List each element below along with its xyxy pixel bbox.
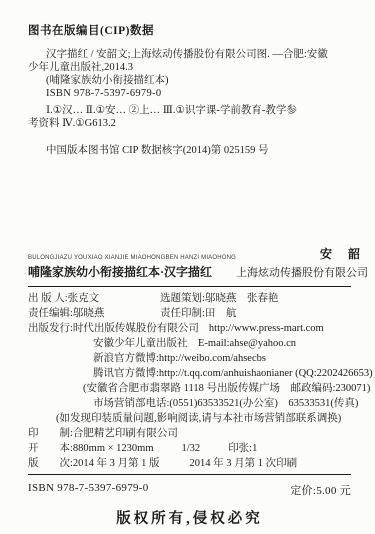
row-publishing-house: 出版发行:时代出版传媒股份有限公司http://www.press-mart.c…	[28, 321, 351, 336]
row-printer: 印 制:合肥精艺印刷有限公司	[28, 426, 351, 441]
title-block: BULONGJIAZU YOUXIAO XIANJIE MIAOHONGBEN …	[28, 245, 351, 280]
divider-top	[28, 286, 351, 287]
copyright-notice: 版权所有,侵权必究	[28, 507, 351, 528]
marketing-phone: 市场营销部电话:(0551)63533521(办公室) 63533531(传真)	[93, 398, 358, 409]
row-publisher: 出 版 人:张克文选题策划:邬晓燕 张春艳	[28, 291, 351, 306]
author-name: 安 韶 文	[236, 245, 375, 262]
cip-series-note: (哺隆家族幼小衔接描红本)	[28, 74, 351, 87]
cip-entry: 汉字描红 / 安韶文;上海炫动传播股份有限公司图. —合肥:安徽 少年儿童出版社…	[28, 49, 351, 74]
topic-planning: 选题策划:邬晓燕 张春艳	[160, 293, 278, 304]
row-quality-note: (如发现印装质量问题,影响阅读,请与本社市场营销部联系调换)	[28, 411, 351, 426]
responsible-editor: 责任编辑:邬晓燕	[28, 306, 160, 321]
printing-info: 2014 年 3 月第 1 次印刷	[190, 458, 298, 469]
footer-price: 定价:5.00 元	[290, 482, 351, 498]
publisher-person: 出 版 人:张克文	[28, 291, 160, 306]
row-editor: 责任编辑:邬晓燕责任印制:田 航	[28, 306, 351, 321]
printer-name: 印 制:合肥精艺印刷有限公司	[28, 428, 178, 439]
book-title: 哺隆家族幼小衔接描红本·汉字描红	[28, 263, 236, 280]
title-block-right: 安 韶 文 上海炫动传播股份有限公司 图	[236, 245, 375, 280]
press-address: (安徽省合肥市翡翠路 1118 号出版传媒广场 邮政编码:230071)	[83, 383, 370, 394]
sheet-size: 开 本:880mm × 1230mm	[28, 443, 154, 454]
cip-classification: Ⅰ.①汉… Ⅱ.①安… ②上… Ⅲ.①识字课-学前教育-教学参 考资料 Ⅳ.①G…	[28, 105, 351, 130]
folio: 1/32	[182, 443, 201, 454]
cip-class-line2: 考资料 Ⅳ.①G613.2	[28, 118, 351, 131]
footer-isbn-line: ISBN 978-7-5397-6979-0 定价:5.00 元	[28, 482, 351, 498]
sheet-count: 印张:1	[228, 443, 257, 454]
copyright-page: 图书在版编目(CIP)数据 汉字描红 / 安韶文;上海炫动传播股份有限公司图. …	[0, 0, 375, 534]
edition-info: 版 次:2014 年 3 月第 1 版	[28, 458, 160, 469]
row-tencent-weibo: 腾讯官方微博:http://t.qq.com/anhuishaonianer (…	[28, 366, 351, 381]
print-supervisor: 责任印制:田 航	[160, 308, 236, 319]
series-pinyin: BULONGJIAZU YOUXIAO XIANJIE MIAOHONGBEN …	[28, 255, 236, 261]
row-format: 开 本:880mm × 1230mm1/32印张:1	[28, 441, 351, 456]
cip-isbn: ISBN 978-7-5397-6979-0	[28, 87, 351, 100]
colophon: 出 版 人:张克文选题策划:邬晓燕 张春艳 责任编辑:邬晓燕责任印制:田 航 出…	[28, 291, 351, 471]
cip-entry-line1: 汉字描红 / 安韶文;上海炫动传播股份有限公司图. —合肥:安徽	[28, 49, 351, 62]
sina-weibo: 新浪官方微博:http://weibo.com/ahsecbs	[93, 353, 266, 364]
cip-class-line1: Ⅰ.①汉… Ⅱ.①安… ②上… Ⅲ.①识字课-学前教育-教学参	[28, 105, 351, 118]
quality-note: (如发现印装质量问题,影响阅读,请与本社市场营销部联系调换)	[56, 413, 341, 424]
tencent-weibo: 腾讯官方微博:http://t.qq.com/anhuishaonianer (…	[93, 368, 373, 379]
illustrator-credit: 上海炫动传播股份有限公司 图	[236, 264, 375, 280]
footer-isbn: ISBN 978-7-5397-6979-0	[28, 482, 149, 498]
row-press-email: 安徽少年儿童出版社 E-mail:ahse@yahoo.cn	[28, 336, 351, 351]
row-edition: 版 次:2014 年 3 月第 1 版2014 年 3 月第 1 次印刷	[28, 456, 351, 471]
row-address: (安徽省合肥市翡翠路 1118 号出版传媒广场 邮政编码:230071)	[28, 381, 351, 396]
row-marketing-phone: 市场营销部电话:(0551)63533521(办公室) 63533531(传真)	[28, 396, 351, 411]
cip-entry-line2: 少年儿童出版社,2014.3	[28, 62, 351, 75]
publishing-house: 出版发行:时代出版传媒股份有限公司	[28, 323, 199, 334]
cip-heading: 图书在版编目(CIP)数据	[28, 22, 351, 38]
publisher-url: http://www.press-mart.com	[209, 323, 324, 334]
divider-bottom	[28, 474, 351, 475]
title-block-left: BULONGJIAZU YOUXIAO XIANJIE MIAOHONGBEN …	[28, 255, 236, 280]
cip-registry-number: 中国版本图书馆 CIP 数据核字(2014)第 025159 号	[28, 142, 351, 157]
page-content: 图书在版编目(CIP)数据 汉字描红 / 安韶文;上海炫动传播股份有限公司图. …	[0, 0, 375, 528]
row-sina-weibo: 新浪官方微博:http://weibo.com/ahsecbs	[28, 351, 351, 366]
press-email: 安徽少年儿童出版社 E-mail:ahse@yahoo.cn	[93, 338, 296, 349]
